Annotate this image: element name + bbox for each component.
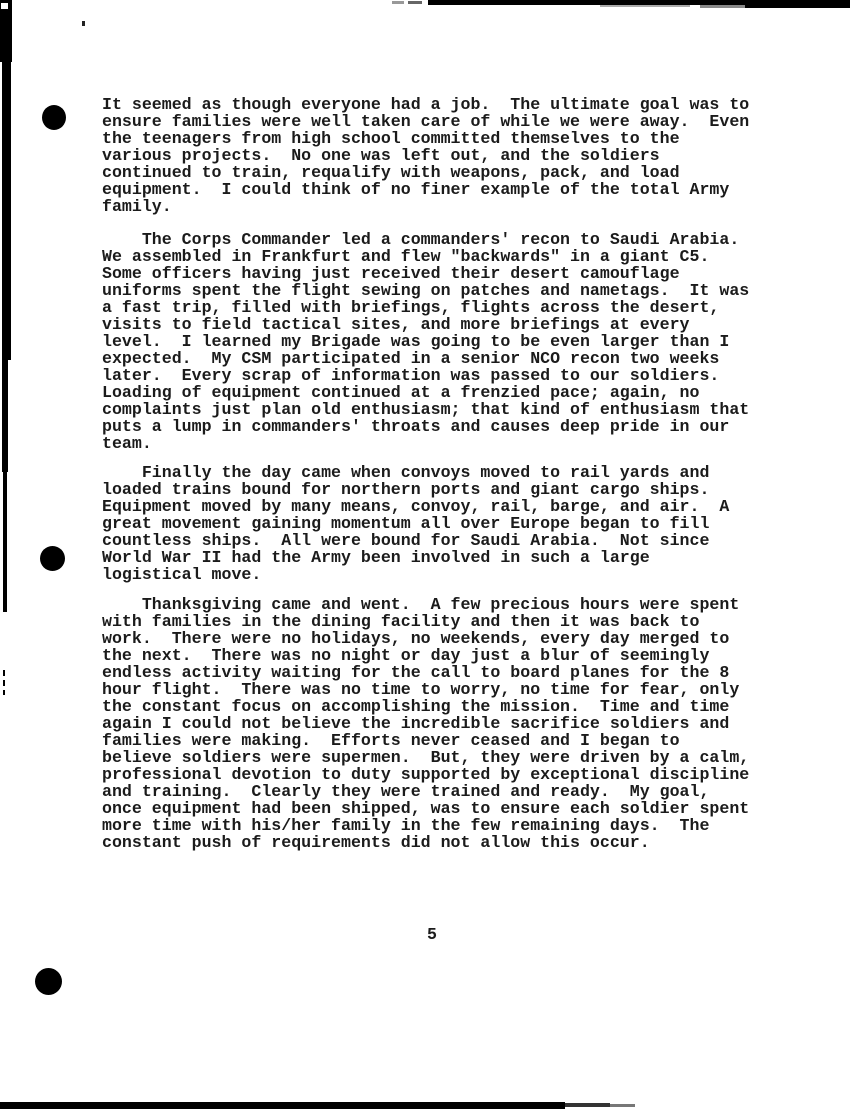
paragraph-2: The Corps Commander led a commanders' re… [102,231,749,452]
paragraph-1: It seemed as though everyone had a job. … [102,96,749,215]
top-edge-scan-line [408,1,422,4]
left-edge-scan-bar [3,472,7,612]
left-edge-scan-bar [2,62,11,360]
paragraph-4: Thanksgiving came and went. A few precio… [102,596,749,851]
paragraph-3: Finally the day came when convoys moved … [102,464,729,583]
hole-punch-mark [35,968,62,995]
bottom-edge-scan-line [0,1102,565,1109]
bottom-edge-scan-line [565,1103,610,1107]
top-edge-scan-line [700,5,745,8]
left-edge-scan-dash [3,670,5,676]
left-edge-scan-dash [3,680,5,686]
scanned-document-page: It seemed as though everyone had a job. … [0,0,850,1114]
left-edge-scan-bar-notch [0,2,9,10]
hole-punch-mark [40,546,65,571]
top-edge-scan-line [600,5,690,7]
bottom-edge-scan-line [610,1104,635,1107]
ink-speck-mark [82,21,85,26]
hole-punch-mark [42,105,66,130]
left-edge-scan-dash [3,690,5,695]
page-number: 5 [102,926,762,943]
top-edge-scan-line [392,1,404,4]
left-edge-scan-bar [2,360,8,472]
top-edge-scan-line [745,0,850,8]
